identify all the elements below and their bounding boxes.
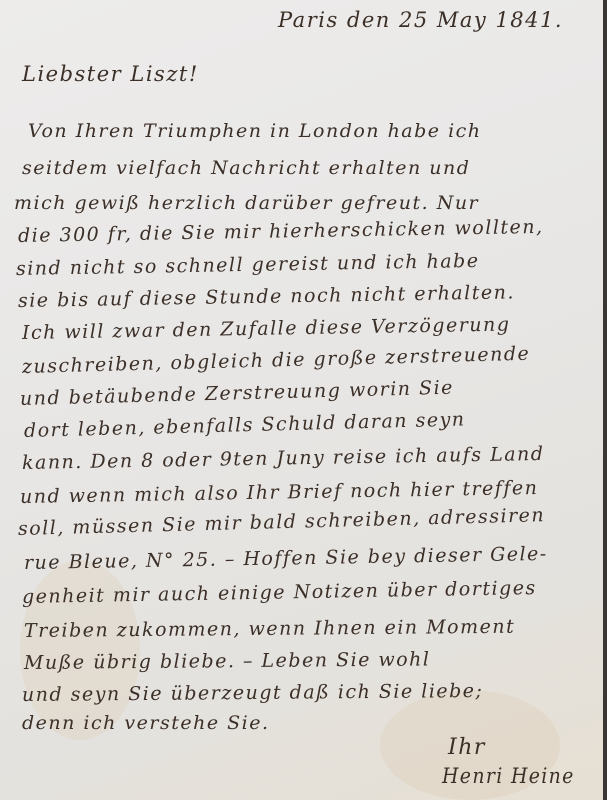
body-line: soll, müssen Sie mir bald schreiben, adr… (18, 504, 546, 540)
body-line: rue Bleue, N° 25. – Hoffen Sie bey diese… (24, 543, 548, 574)
body-line: dort leben, ebenfalls Schuld daran seyn (24, 408, 466, 442)
closing: Ihr (448, 735, 486, 760)
body-line: Treiben zukommen, wenn Ihnen ein Moment (24, 616, 515, 642)
body-line: sie bis auf diese Stunde noch nicht erha… (18, 281, 515, 312)
body-line: denn ich verstehe Sie. (22, 712, 270, 734)
salutation: Liebster Liszt! (22, 62, 199, 86)
body-line: und wenn mich also Ihr Brief noch hier t… (20, 477, 539, 508)
body-line: und seyn Sie überzeugt daß ich Sie liebe… (22, 680, 484, 706)
place-date: Paris den 25 May 1841. (278, 8, 563, 32)
body-line: Ich will zwar den Zufalle diese Verzöger… (22, 313, 511, 344)
body-line: sind nicht so schnell gereist und ich ha… (16, 250, 480, 280)
body-line: Muße übrig bliebe. – Leben Sie wohl (24, 648, 431, 674)
body-line: mich gewiß herzlich darüber gefreut. Nur (14, 192, 479, 214)
body-line: kann. Den 8 oder 9ten Juny reise ich auf… (22, 443, 545, 474)
body-line: Von Ihren Triumphen in London habe ich (28, 120, 482, 142)
letter-page: Paris den 25 May 1841. Liebster Liszt! V… (0, 0, 607, 800)
body-line: zuschreiben, obgleich die große zerstreu… (22, 343, 531, 378)
body-line: die 300 fr, die Sie mir hierherschicken … (18, 216, 544, 247)
body-line: und betäubende Zerstreuung worin Sie (20, 377, 454, 410)
signature: Henri Heine (442, 764, 575, 788)
body-line: seitdem vielfach Nachricht erhalten und (22, 157, 470, 179)
